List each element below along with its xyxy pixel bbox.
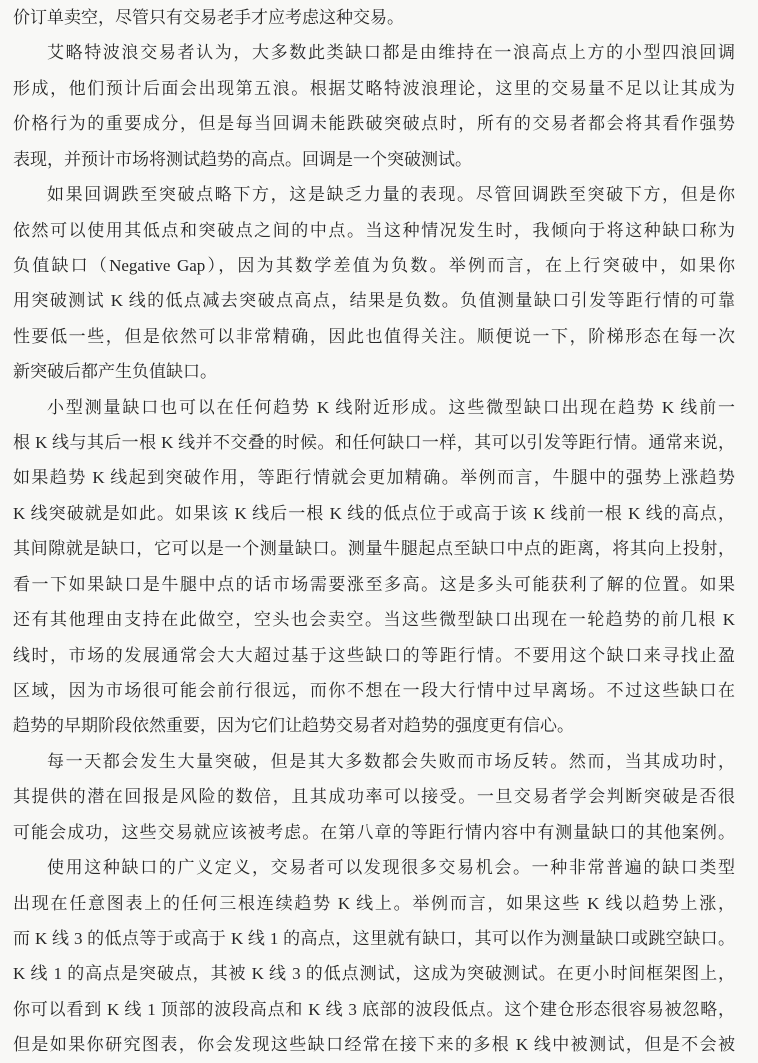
text-line: 艾略特波浪交易者认为，大多数此类缺口都是由维持在一浪高点上方的小型四浪回调 xyxy=(13,35,735,70)
text-line: 区域，因为市场很可能会前行很远，而你不想在一段大行情中过早离场。不过这些缺口在 xyxy=(13,673,735,708)
text-line: 出现在任意图表上的任何三根连续趋势 K 线上。举例而言，如果这些 K 线以趋势上… xyxy=(13,886,735,921)
text-line: 使用这种缺口的广义定义，交易者可以发现很多交易机会。一种非常普遍的缺口类型 xyxy=(13,850,735,885)
text-line: 其提供的潜在回报是风险的数倍，且其成功率可以接受。一旦交易者学会判断突破是否很 xyxy=(13,779,735,814)
text-line: 可能会成功，这些交易就应该被考虑。在第八章的等距行情内容中有测量缺口的其他案例。 xyxy=(13,815,735,850)
text-line: 形成，他们预计后面会出现第五浪。根据艾略特波浪理论，这里的交易量不足以让其成为 xyxy=(13,71,735,106)
body-text: 价订单卖空，尽管只有交易老手才应考虑这种交易。艾略特波浪交易者认为，大多数此类缺… xyxy=(13,0,735,1063)
text-line: 性要低一些，但是依然可以非常精确，因此也值得关注。顺便说一下，阶梯形态在每一次 xyxy=(13,319,735,354)
text-line: K 线 1 的高点是突破点，其被 K 线 3 的低点测试，这成为突破测试。在更小… xyxy=(13,956,735,991)
text-line: 根 K 线与其后一根 K 线并不交叠的时候。和任何缺口一样，其可以引发等距行情。… xyxy=(13,425,735,460)
text-line: 而 K 线 3 的低点等于或高于 K 线 1 的高点，这里就有缺口，其可以作为测… xyxy=(13,921,735,956)
text-line: 你可以看到 K 线 1 顶部的波段高点和 K 线 3 底部的波段低点。这个建仓形… xyxy=(13,992,735,1027)
text-line: 用突破测试 K 线的低点减去突破点高点，结果是负数。负值测量缺口引发等距行情的可… xyxy=(13,283,735,318)
text-line: 小型测量缺口也可以在任何趋势 K 线附近形成。这些微型缺口出现在趋势 K 线前一 xyxy=(13,390,735,425)
text-line: 负值缺口（Negative Gap），因为其数学差值为负数。举例而言，在上行突破… xyxy=(13,248,735,283)
text-line: 趋势的早期阶段依然重要，因为它们让趋势交易者对趋势的强度更有信心。 xyxy=(13,708,735,743)
text-line: K 线突破就是如此。如果该 K 线后一根 K 线的低点位于或高于该 K 线前一根… xyxy=(13,496,735,531)
text-line: 如果趋势 K 线起到突破作用，等距行情就会更加精确。举例而言，牛腿中的强势上涨趋… xyxy=(13,460,735,495)
text-line: 表现，并预计市场将测试趋势的高点。回调是一个突破测试。 xyxy=(13,142,735,177)
text-line: 看一下如果缺口是牛腿中点的话市场需要涨至多高。这是多头可能获利了解的位置。如果 xyxy=(13,567,735,602)
text-line: 新突破后都产生负值缺口。 xyxy=(13,354,735,389)
text-line: 如果回调跌至突破点略下方，这是缺乏力量的表现。尽管回调跌至突破下方，但是你 xyxy=(13,177,735,212)
text-line: 价格行为的重要成分，但是每当回调未能跌破突破点时，所有的交易者都会将其看作强势 xyxy=(13,106,735,141)
text-line: 但是如果你研究图表，你会发现这些缺口经常在接下来的多根 K 线中被测试，但是不会… xyxy=(13,1027,735,1062)
text-line: 其间隙就是缺口，它可以是一个测量缺口。测量牛腿起点至缺口中点的距离，将其向上投射… xyxy=(13,531,735,566)
text-line: 价订单卖空，尽管只有交易老手才应考虑这种交易。 xyxy=(13,0,735,35)
text-line: 每一天都会发生大量突破，但是其大多数都会失败而市场反转。然而，当其成功时， xyxy=(13,744,735,779)
book-page: 价订单卖空，尽管只有交易老手才应考虑这种交易。艾略特波浪交易者认为，大多数此类缺… xyxy=(0,0,758,1063)
text-line: 还有其他理由支持在此做空，空头也会卖空。当这些微型缺口出现在一轮趋势的前几根 K xyxy=(13,602,735,637)
text-line: 依然可以使用其低点和突破点之间的中点。当这种情况发生时，我倾向于将这种缺口称为 xyxy=(13,213,735,248)
text-line: 线时，市场的发展通常会大大超过基于这些缺口的等距行情。不要用这个缺口来寻找止盈 xyxy=(13,638,735,673)
